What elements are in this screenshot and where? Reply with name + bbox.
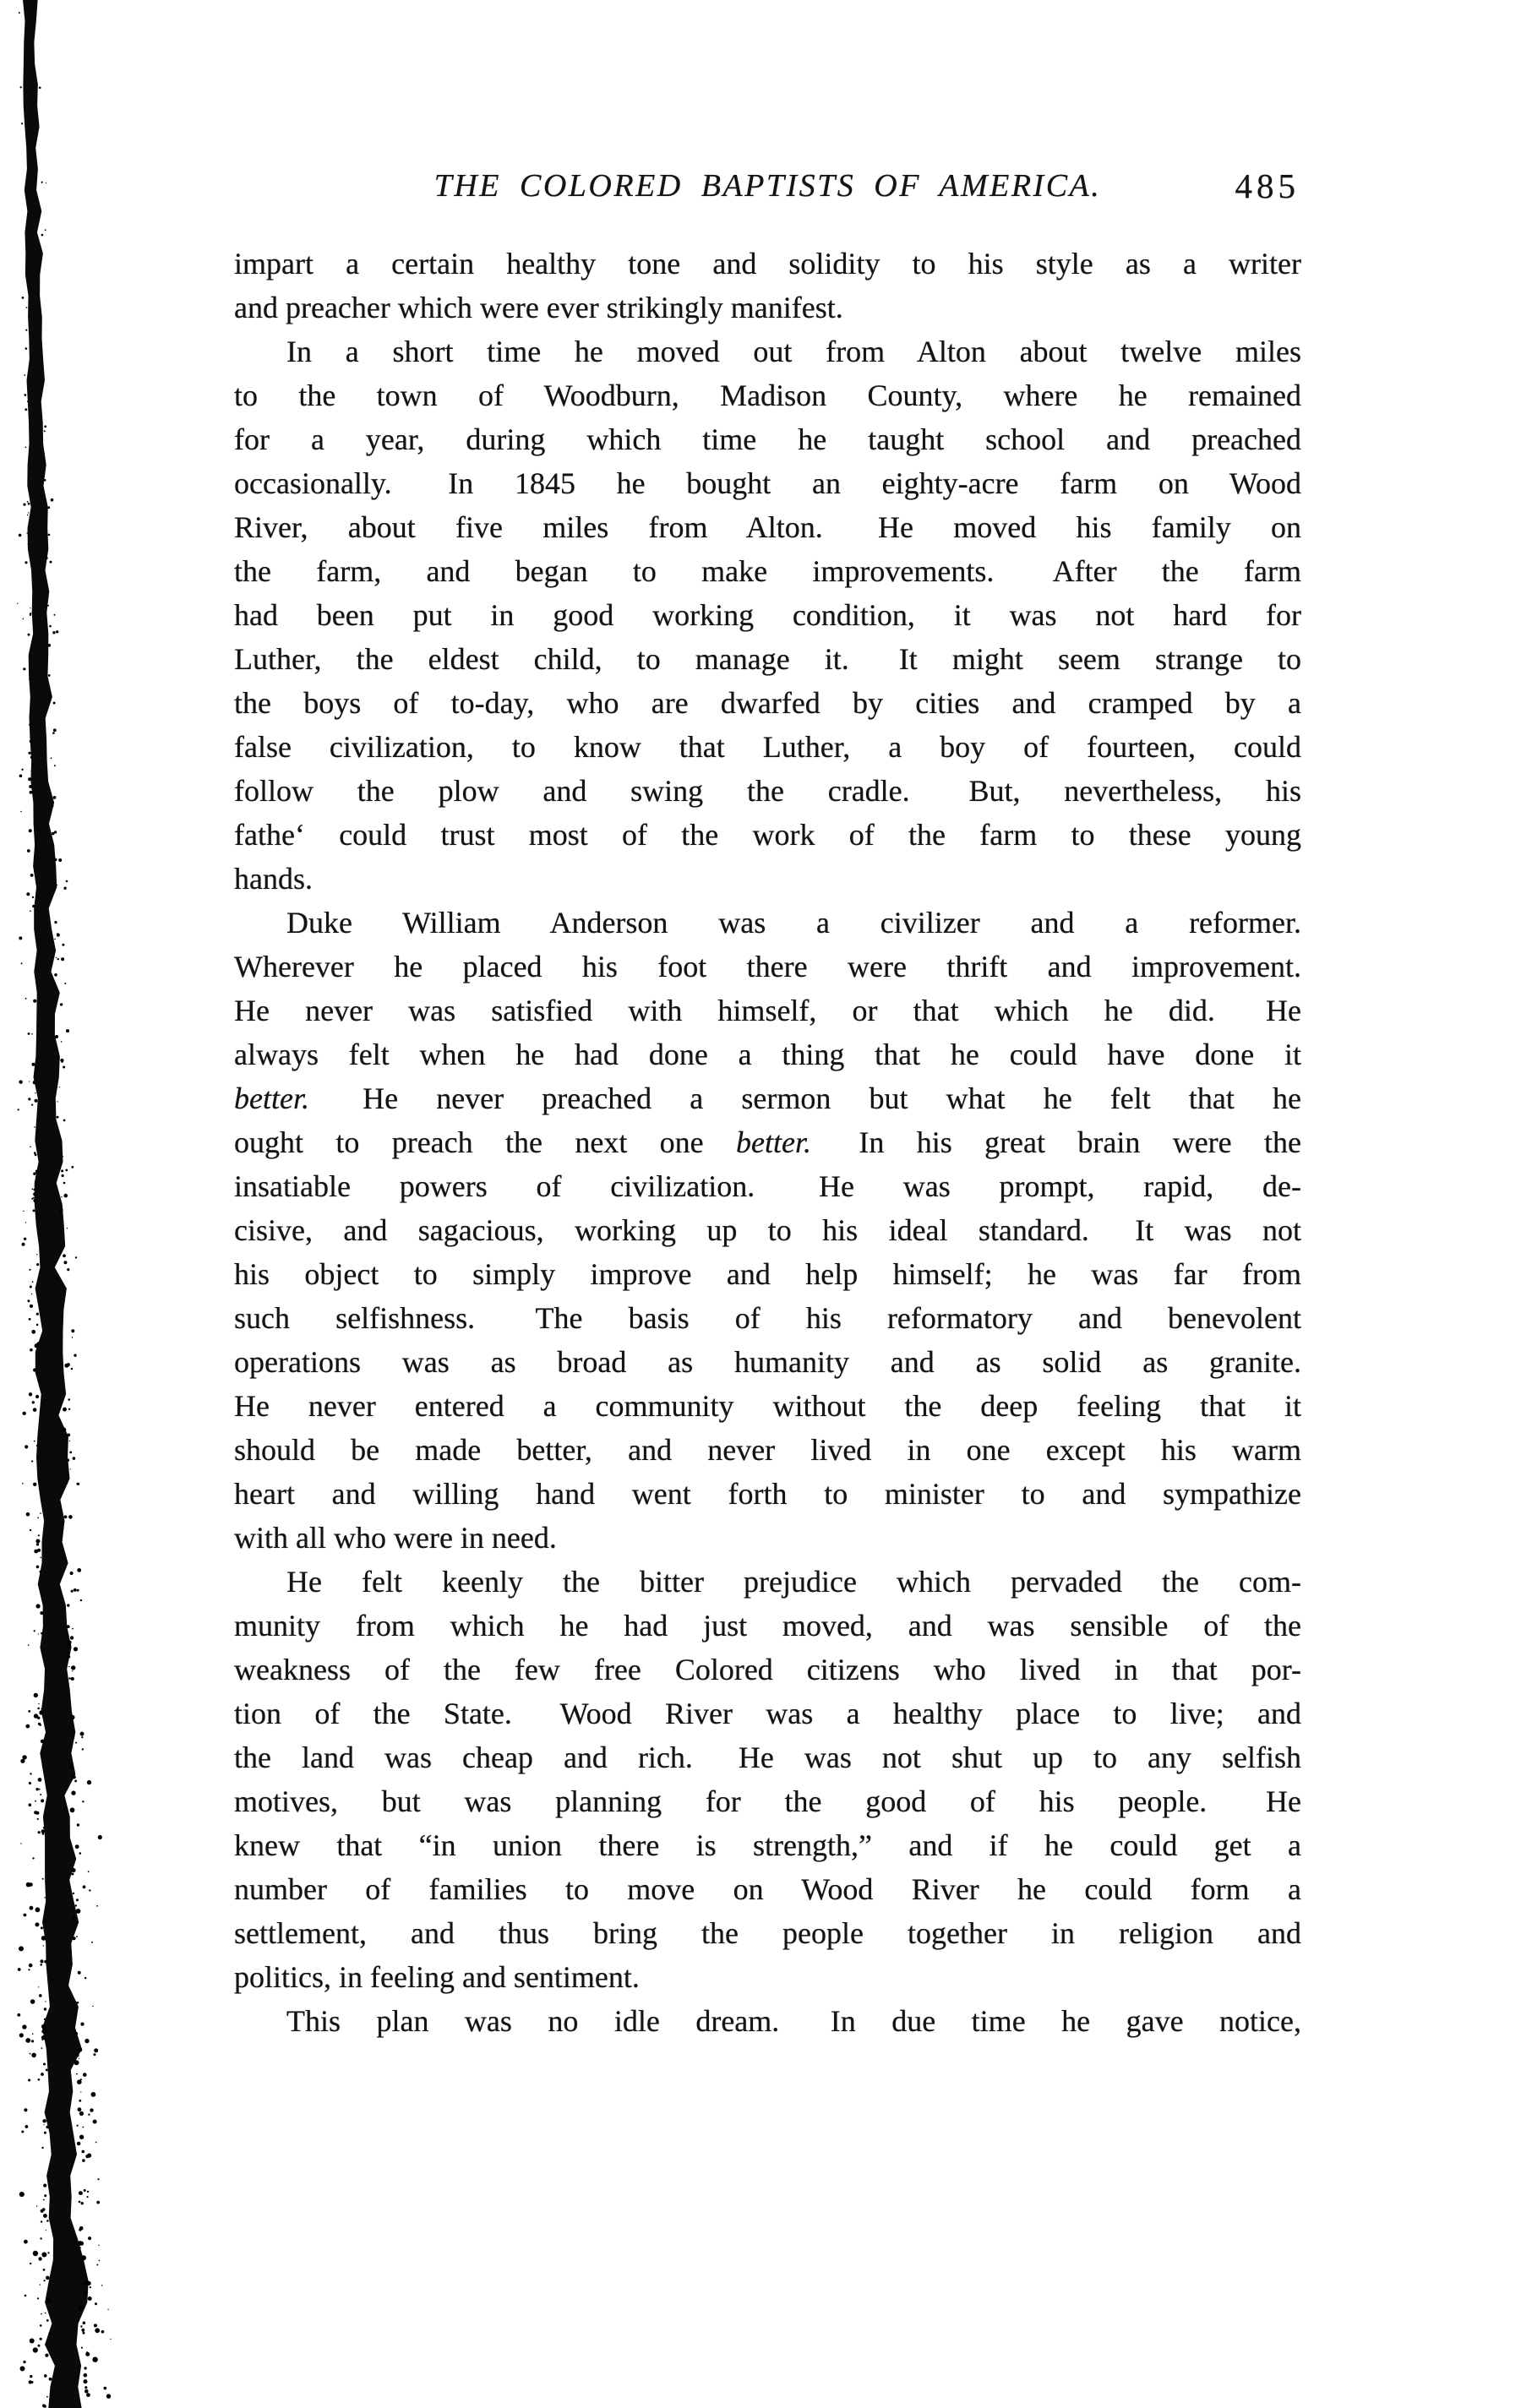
text-segment: River, about five miles from Alton. He m… xyxy=(234,510,1301,544)
text-segment: settlement, and thus bring the people to… xyxy=(234,1916,1301,1950)
text-segment: He never preached a sermon but what he f… xyxy=(309,1081,1301,1115)
text-line: to the town of Woodburn, Madison County,… xyxy=(234,373,1301,417)
text-segment: the land was cheap and rich. He was not … xyxy=(234,1741,1301,1774)
text-line: number of families to move on Wood River… xyxy=(234,1867,1301,1911)
text-segment: and preacher which were ever strikingly … xyxy=(234,291,843,324)
text-line: motives, but was planning for the good o… xyxy=(234,1779,1301,1823)
text-segment: knew that “in union there is strength,” … xyxy=(234,1828,1301,1862)
text-line: false civilization, to know that Luther,… xyxy=(234,725,1301,769)
text-segment: This plan was no idle dream. In due time… xyxy=(286,2004,1301,2038)
text-segment: number of families to move on Wood River… xyxy=(234,1872,1301,1906)
text-segment: impart a certain healthy tone and solidi… xyxy=(234,247,1301,281)
text-line: politics, in feeling and sentiment. xyxy=(234,1955,1301,1999)
text-line: and preacher which were ever strikingly … xyxy=(234,286,1301,330)
text-block: impart a certain healthy tone and solidi… xyxy=(234,242,1301,2043)
text-line: He felt keenly the bitter prejudice whic… xyxy=(234,1560,1301,1604)
text-line: This plan was no idle dream. In due time… xyxy=(234,1999,1301,2043)
text-segment: In a short time he moved out from Alton … xyxy=(286,335,1301,368)
text-segment: politics, in feeling and sentiment. xyxy=(234,1960,640,1994)
text-segment: cisive, and sagacious, working up to his… xyxy=(234,1213,1301,1247)
text-line: River, about five miles from Alton. He m… xyxy=(234,505,1301,549)
text-segment: with all who were in need. xyxy=(234,1521,557,1555)
text-segment: ought to preach the next one xyxy=(234,1125,736,1159)
text-line: better. He never preached a sermon but w… xyxy=(234,1076,1301,1120)
text-line: follow the plow and swing the cradle. Bu… xyxy=(234,769,1301,813)
page-number: 485 xyxy=(1235,164,1300,208)
scanned-book-page: THE COLORED BAPTISTS OF AMERICA. 485 imp… xyxy=(0,0,1521,2408)
text-line: munity from which he had just moved, and… xyxy=(234,1604,1301,1648)
text-line: for a year, during which time he taught … xyxy=(234,417,1301,461)
text-line: the farm, and began to make improvements… xyxy=(234,549,1301,593)
text-segment: He never was satisfied with himself, or … xyxy=(234,994,1301,1027)
text-line: operations was as broad as humanity and … xyxy=(234,1340,1301,1384)
text-line: the land was cheap and rich. He was not … xyxy=(234,1735,1301,1779)
text-segment: hands. xyxy=(234,862,313,896)
text-line: tion of the State. Wood River was a heal… xyxy=(234,1692,1301,1735)
text-line: occasionally. In 1845 he bought an eight… xyxy=(234,461,1301,505)
text-line: Luther, the eldest child, to manage it. … xyxy=(234,637,1301,681)
text-segment: should be made better, and never lived i… xyxy=(234,1433,1301,1467)
text-line: ought to preach the next one better. In … xyxy=(234,1120,1301,1164)
text-line: settlement, and thus bring the people to… xyxy=(234,1911,1301,1955)
text-line: heart and willing hand went forth to min… xyxy=(234,1472,1301,1516)
text-line: He never entered a community without the… xyxy=(234,1384,1301,1428)
text-segment: tion of the State. Wood River was a heal… xyxy=(234,1697,1301,1730)
text-segment: insatiable powers of civilization. He wa… xyxy=(234,1169,1301,1203)
text-segment: weakness of the few free Colored citizen… xyxy=(234,1653,1301,1686)
text-line: the boys of to-day, who are dwarfed by c… xyxy=(234,681,1301,725)
text-segment: follow the plow and swing the cradle. Bu… xyxy=(234,774,1301,808)
text-line: insatiable powers of civilization. He wa… xyxy=(234,1164,1301,1208)
text-segment: Luther, the eldest child, to manage it. … xyxy=(234,642,1301,676)
text-segment: the farm, and began to make improvements… xyxy=(234,554,1301,588)
text-segment: munity from which he had just moved, and… xyxy=(234,1609,1301,1643)
text-line: weakness of the few free Colored citizen… xyxy=(234,1648,1301,1692)
italic-text: better. xyxy=(234,1081,309,1115)
text-segment: He felt keenly the bitter prejudice whic… xyxy=(286,1565,1301,1599)
running-header: THE COLORED BAPTISTS OF AMERICA. 485 xyxy=(234,164,1301,208)
scan-gutter-artifact xyxy=(0,0,169,2408)
text-line: cisive, and sagacious, working up to his… xyxy=(234,1208,1301,1252)
text-segment: He never entered a community without the… xyxy=(234,1389,1301,1423)
italic-text: better. xyxy=(736,1125,811,1159)
text-segment: In his great brain were the xyxy=(811,1125,1301,1159)
text-line: with all who were in need. xyxy=(234,1516,1301,1560)
text-line: Wherever he placed his foot there were t… xyxy=(234,945,1301,989)
text-segment: Wherever he placed his foot there were t… xyxy=(234,950,1301,983)
text-segment: his object to simply improve and help hi… xyxy=(234,1257,1301,1291)
text-segment: for a year, during which time he taught … xyxy=(234,422,1301,456)
text-line: impart a certain healthy tone and solidi… xyxy=(234,242,1301,286)
text-line: always felt when he had done a thing tha… xyxy=(234,1032,1301,1076)
page-content: THE COLORED BAPTISTS OF AMERICA. 485 imp… xyxy=(234,0,1301,2043)
text-segment: fathe‘ could trust most of the work of t… xyxy=(234,818,1301,852)
text-line: In a short time he moved out from Alton … xyxy=(234,330,1301,373)
text-line: his object to simply improve and help hi… xyxy=(234,1252,1301,1296)
text-line: should be made better, and never lived i… xyxy=(234,1428,1301,1472)
text-segment: the boys of to-day, who are dwarfed by c… xyxy=(234,686,1301,720)
text-segment: occasionally. In 1845 he bought an eight… xyxy=(234,466,1301,500)
text-line: knew that “in union there is strength,” … xyxy=(234,1823,1301,1867)
text-segment: always felt when he had done a thing tha… xyxy=(234,1038,1301,1071)
text-line: hands. xyxy=(234,857,1301,901)
page-title: THE COLORED BAPTISTS OF AMERICA. xyxy=(434,168,1102,204)
text-line: such selfishness. The basis of his refor… xyxy=(234,1296,1301,1340)
text-segment: to the town of Woodburn, Madison County,… xyxy=(234,379,1301,412)
text-segment: motives, but was planning for the good o… xyxy=(234,1784,1301,1818)
text-line: Duke William Anderson was a civilizer an… xyxy=(234,901,1301,945)
text-segment: heart and willing hand went forth to min… xyxy=(234,1477,1301,1511)
text-segment: operations was as broad as humanity and … xyxy=(234,1345,1301,1379)
text-segment: false civilization, to know that Luther,… xyxy=(234,730,1301,764)
text-segment: Duke William Anderson was a civilizer an… xyxy=(286,906,1301,940)
text-segment: had been put in good working condition, … xyxy=(234,598,1301,632)
text-line: He never was satisfied with himself, or … xyxy=(234,989,1301,1032)
text-segment: such selfishness. The basis of his refor… xyxy=(234,1301,1301,1335)
text-line: fathe‘ could trust most of the work of t… xyxy=(234,813,1301,857)
text-line: had been put in good working condition, … xyxy=(234,593,1301,637)
